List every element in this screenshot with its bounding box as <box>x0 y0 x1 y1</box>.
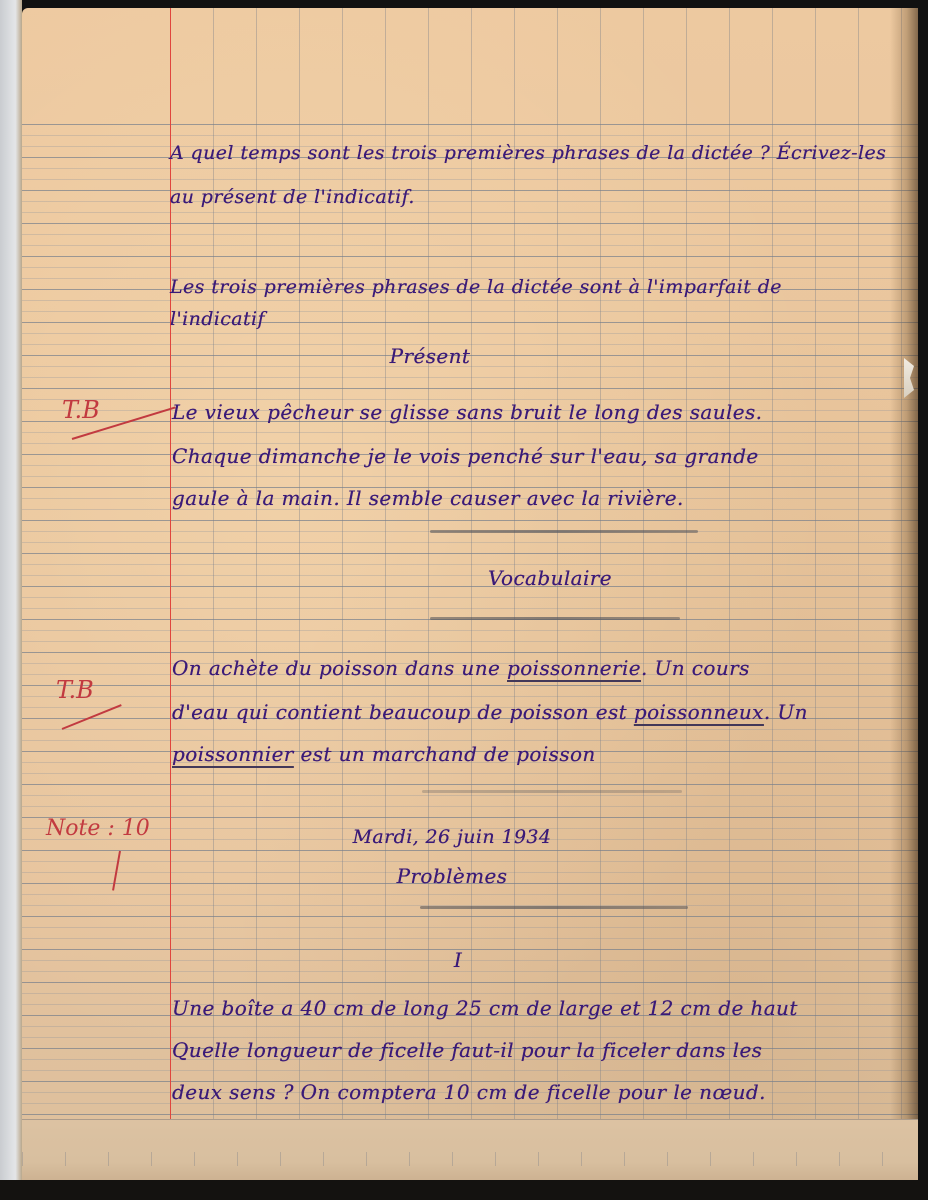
scanner-bottom-edge <box>0 1180 928 1200</box>
vocabulary-line-3: poissonnier est un marchand de poisson <box>172 742 596 766</box>
bottom-ruling <box>22 1152 918 1166</box>
pencil-divider <box>430 530 698 533</box>
vocabulary-heading: Vocabulaire <box>488 566 612 590</box>
vocabulary-line-1: On achète du poisson dans une poissonner… <box>172 656 750 680</box>
vocab-text: est un marchand de poisson <box>294 742 596 766</box>
problems-heading: Problèmes <box>397 864 508 888</box>
problem-number: I <box>454 948 462 972</box>
vocab-word-poissonnier: poissonnier <box>172 742 294 766</box>
problem-line-1: Une boîte a 40 cm de long 25 cm de large… <box>172 996 798 1020</box>
note-grade: Note : 10 <box>46 816 150 841</box>
page-bottom-band <box>22 1119 918 1180</box>
vertical-ruling <box>213 8 918 1120</box>
present-line-3: gaule à la main. Il semble causer avec l… <box>172 486 684 510</box>
vocabulary-grade: T.B <box>56 676 94 704</box>
vocab-text: d'eau qui contient beaucoup de poisson e… <box>172 700 627 724</box>
question-line-1: A quel temps sont les trois premières ph… <box>170 142 886 164</box>
vocab-text: On achète du poisson dans une <box>172 656 500 680</box>
pencil-divider <box>420 906 688 909</box>
binding-shadow <box>890 8 918 1180</box>
vocab-text: . Un cours <box>641 656 750 680</box>
pencil-divider <box>430 617 680 620</box>
vocab-word-poissonnerie: poissonnerie <box>507 656 641 680</box>
vocab-word-poissonneux: poissonneux <box>634 700 764 724</box>
notebook-page: A quel temps sont les trois premières ph… <box>22 8 918 1180</box>
question-line-2: au présent de l'indicatif. <box>170 186 415 208</box>
present-line-2: Chaque dimanche je le vois penché sur l'… <box>172 444 759 468</box>
scanner-edge <box>0 0 22 1200</box>
problem-line-2: Quelle longueur de ficelle faut-il pour … <box>172 1038 762 1062</box>
present-line-1: Le vieux pêcheur se glisse sans bruit le… <box>172 400 762 424</box>
problems-date: Mardi, 26 juin 1934 <box>353 826 552 848</box>
scanned-notebook-page: A quel temps sont les trois premières ph… <box>0 0 928 1200</box>
pencil-divider <box>422 790 682 793</box>
vocab-text: . Un <box>764 700 808 724</box>
present-heading: Présent <box>390 344 471 368</box>
present-grade: T.B <box>62 396 100 424</box>
answer-line-1: Les trois premières phrases de la dictée… <box>170 276 782 298</box>
red-margin-line <box>170 8 171 1122</box>
answer-line-2: l'indicatif <box>170 308 265 330</box>
problem-line-3: deux sens ? On comptera 10 cm de ficelle… <box>172 1080 766 1104</box>
vocabulary-line-2: d'eau qui contient beaucoup de poisson e… <box>172 700 808 724</box>
